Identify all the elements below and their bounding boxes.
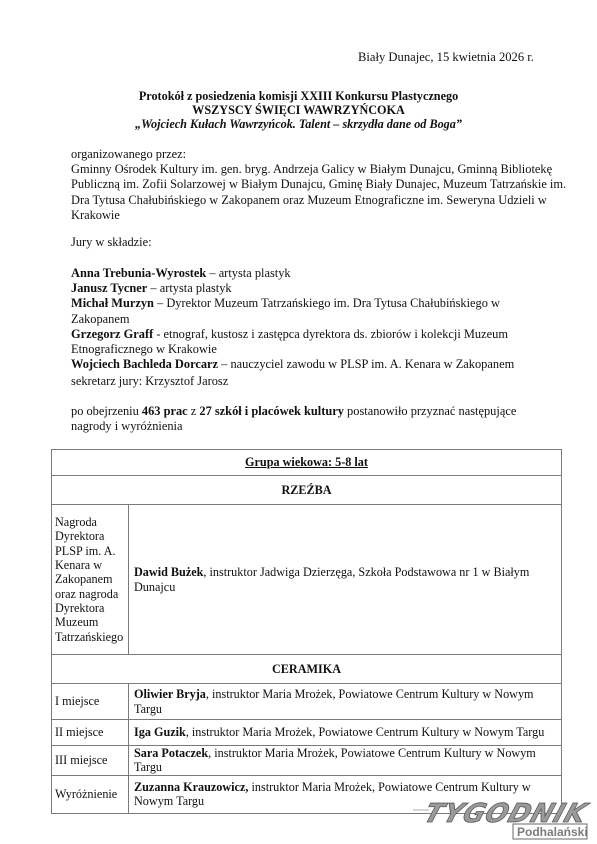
summary-text: po obejrzeniu 463 prac z 27 szkół i plac… [71,404,551,434]
jury-list: Anna Trebunia-Wyrostek – artysta plastyk… [71,266,571,372]
age-group-cell: Grupa wiekowa: 5-8 lat [52,450,562,476]
jury-member-name: Wojciech Bachleda Dorcarz [71,357,218,371]
organizers-section: organizowanego przez: Gminny Ośrodek Kul… [71,147,571,223]
jury-member: Wojciech Bachleda Dorcarz – nauczyciel z… [71,357,571,372]
jury-member: Grzegorz Graff - etnograf, kustosz i zas… [71,327,541,357]
organizers-text: Gminny Ośrodek Kultury im. gen. bryg. An… [71,162,571,223]
table-row: I miejsce Oliwier Bryja, instruktor Mari… [52,684,562,720]
jury-member-name: Michał Murzyn [71,296,154,310]
winner-details: , instruktor Maria Mrożek, Powiatowe Cen… [186,725,545,739]
winner-name: Zuzanna Krauzowicz, [134,780,248,794]
document-titles: Protokół z posiedzenia komisji XXIII Kon… [0,89,597,132]
schools-count: 27 szkół i placówek kultury [199,404,344,418]
logo-sub-text: Podhalański [517,825,588,839]
winner-name: Dawid Bużek [134,565,203,579]
category-row: CERAMIKA [52,655,562,684]
table-row: Nagroda Dyrektora PLSP im. A. Kenara w Z… [52,505,562,655]
jury-member: Michał Murzyn – Dyrektor Muzeum Tatrzańs… [71,296,541,326]
award-label: Wyróżnienie [52,775,129,813]
summary-prefix: po obejrzeniu [71,404,142,418]
award-label: Nagroda Dyrektora PLSP im. A. Kenara w Z… [52,505,129,655]
summary-mid: z [188,404,200,418]
jury-member-name: Janusz Tycner [71,281,147,295]
place-date: Biały Dunajec, 15 kwietnia 2026 r. [358,50,534,65]
organizers-label: organizowanego przez: [71,147,571,162]
jury-member-name: Grzegorz Graff [71,327,153,341]
award-label: I miejsce [52,684,129,720]
table-row: III miejsce Sara Potaczek, instruktor Ma… [52,746,562,776]
jury-member-role: – artysta plastyk [206,266,290,280]
jury-secretary: sekretarz jury: Krzysztof Jarosz [71,374,571,389]
contest-subtitle: „Wojciech Kułach Wawrzyńcok. Talent – sk… [0,117,597,131]
winner-name: Oliwier Bryja [134,687,206,701]
award-entry: Oliwier Bryja, instruktor Maria Mrożek, … [129,684,562,720]
contest-name: WSZYSCY ŚWIĘCI WAWRZYŃCOKA [0,103,597,117]
works-count: 463 prac [142,404,188,418]
category-row: RZEŹBA [52,476,562,505]
jury-member-role: – nauczyciel zawodu w PLSP im. A. Kenara… [218,357,514,371]
tygodnik-podhalanski-logo: TYGODNIK Podhalański [413,796,593,842]
award-label: II miejsce [52,720,129,746]
results-table: Grupa wiekowa: 5-8 lat RZEŹBA Nagroda Dy… [51,449,562,814]
jury-member: Anna Trebunia-Wyrostek – artysta plastyk [71,266,571,281]
age-group-row: Grupa wiekowa: 5-8 lat [52,450,562,476]
jury-member-role: – artysta plastyk [147,281,231,295]
category-rzezba: RZEŹBA [52,476,562,505]
category-ceramika: CERAMIKA [52,655,562,684]
age-group-label: Grupa wiekowa: 5-8 lat [245,455,368,469]
award-label: III miejsce [52,746,129,776]
award-entry: Dawid Bużek, instruktor Jadwiga Dzierzęg… [129,505,562,655]
jury-member: Janusz Tycner – artysta plastyk [71,281,571,296]
table-row: II miejsce Iga Guzik, instruktor Maria M… [52,720,562,746]
jury-label: Jury w składzie: [71,235,571,250]
winner-name: Sara Potaczek [134,746,208,760]
award-entry: Iga Guzik, instruktor Maria Mrożek, Powi… [129,720,562,746]
jury-member-name: Anna Trebunia-Wyrostek [71,266,206,280]
award-entry: Sara Potaczek, instruktor Maria Mrożek, … [129,746,562,776]
protocol-title: Protokół z posiedzenia komisji XXIII Kon… [0,89,597,103]
winner-name: Iga Guzik [134,725,186,739]
